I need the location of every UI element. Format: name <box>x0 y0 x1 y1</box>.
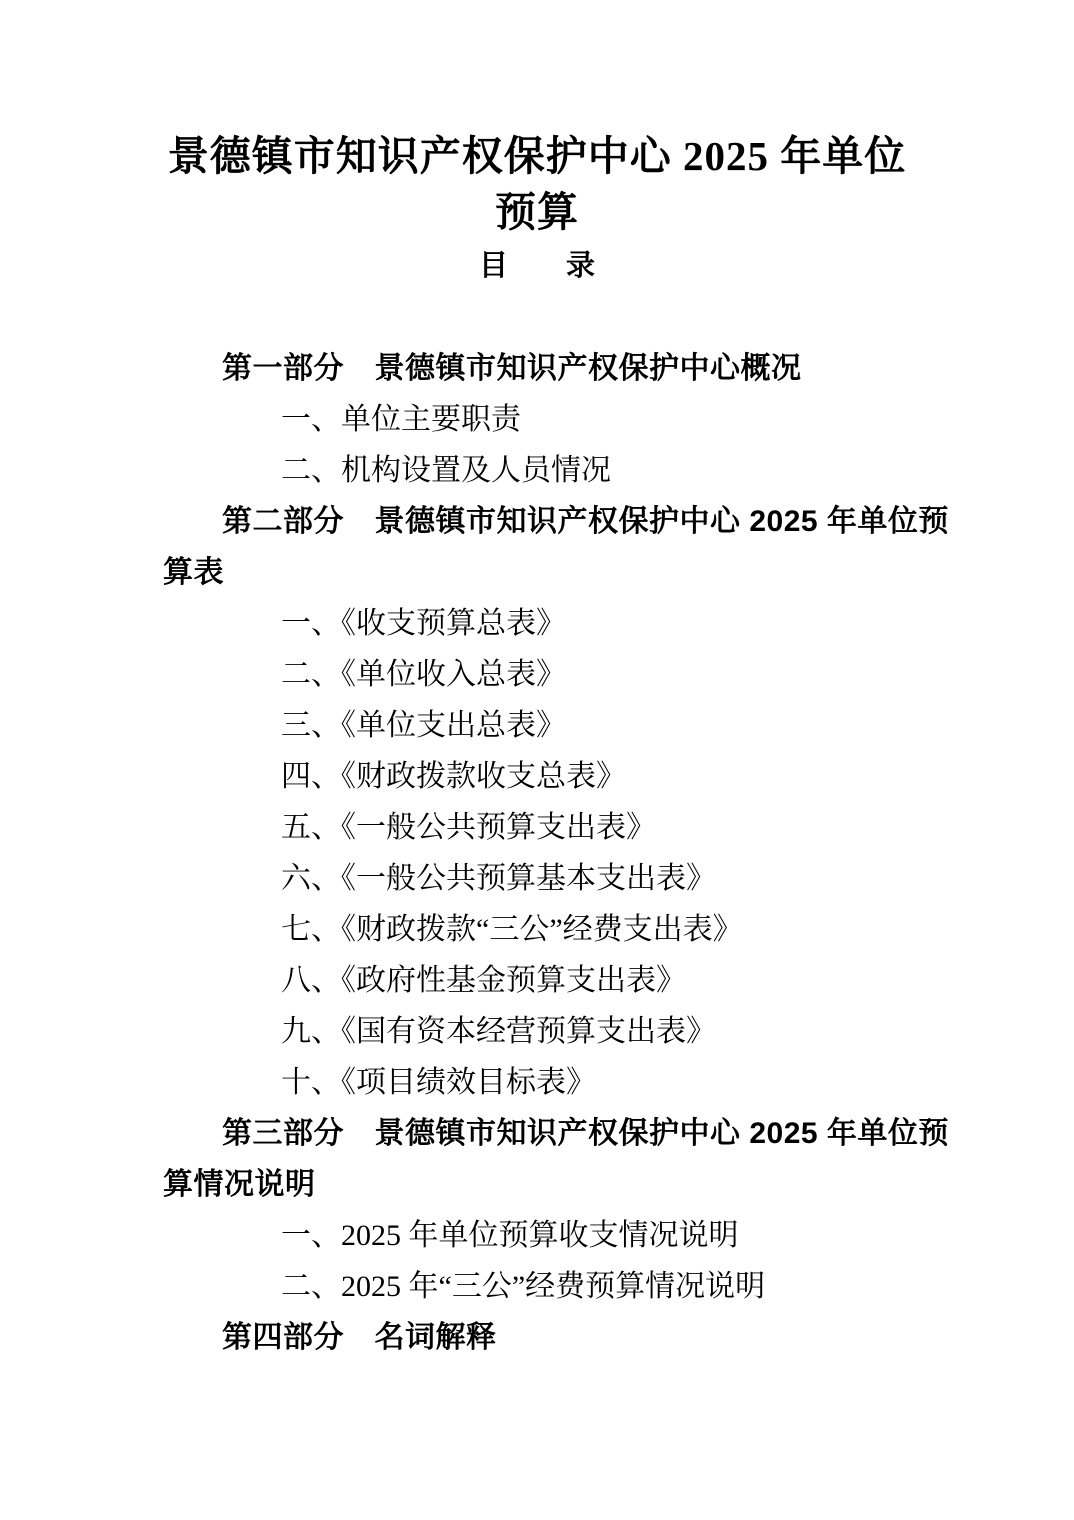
toc-item-s2-4: 四、《财政拨款收支总表》 <box>163 751 911 802</box>
toc-item-s2-7: 七、《财政拨款“三公”经费支出表》 <box>163 904 911 955</box>
document-page: 景德镇市知识产权保护中心 2025 年单位 预算 目 录 第一部分 景德镇市知识… <box>0 0 1074 1520</box>
toc-item-s2-10: 十、《项目绩效目标表》 <box>163 1057 911 1108</box>
toc-item-s2-6: 六、《一般公共预算基本支出表》 <box>163 853 911 904</box>
toc-item-s2-3: 三、《单位支出总表》 <box>163 700 911 751</box>
toc-section3-heading-line1: 第三部分 景德镇市知识产权保护中心 2025 年单位预 <box>163 1108 911 1159</box>
toc-section2-heading-line2: 算表 <box>163 547 911 598</box>
toc-item-s2-9: 九、《国有资本经营预算支出表》 <box>163 1006 911 1057</box>
document-title-line-1: 景德镇市知识产权保护中心 2025 年单位 <box>80 128 994 184</box>
toc-item-s3-1: 一、2025 年单位预算收支情况说明 <box>163 1210 911 1261</box>
toc-item-s3-2: 二、2025 年“三公”经费预算情况说明 <box>163 1261 911 1312</box>
document-title: 景德镇市知识产权保护中心 2025 年单位 预算 <box>80 0 994 240</box>
toc-heading: 目 录 <box>0 246 1074 286</box>
toc-item-s1-1: 一、单位主要职责 <box>163 394 911 445</box>
toc-list: 第一部分 景德镇市知识产权保护中心概况 一、单位主要职责 二、机构设置及人员情况… <box>163 343 911 1363</box>
toc-item-s1-2: 二、机构设置及人员情况 <box>163 445 911 496</box>
toc-item-s2-2: 二、《单位收入总表》 <box>163 649 911 700</box>
toc-section3-heading-line2: 算情况说明 <box>163 1159 911 1210</box>
toc-item-s2-8: 八、《政府性基金预算支出表》 <box>163 955 911 1006</box>
toc-section2-heading-line1: 第二部分 景德镇市知识产权保护中心 2025 年单位预 <box>163 496 911 547</box>
toc-section1-heading: 第一部分 景德镇市知识产权保护中心概况 <box>163 343 911 394</box>
document-title-line-2: 预算 <box>80 184 994 240</box>
toc-section4-heading: 第四部分 名词解释 <box>163 1312 911 1363</box>
toc-item-s2-1: 一、《收支预算总表》 <box>163 598 911 649</box>
toc-item-s2-5: 五、《一般公共预算支出表》 <box>163 802 911 853</box>
